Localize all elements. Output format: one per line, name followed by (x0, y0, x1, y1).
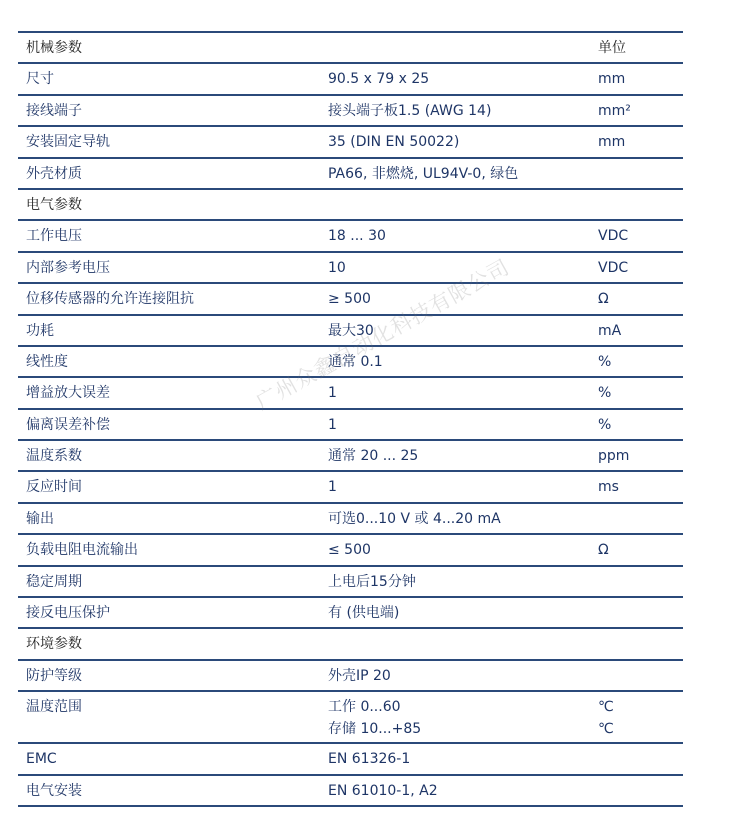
spec-table: 机械参数 单位 尺寸 90.5 x 79 x 25 mm 接线端子 接头端子板1… (18, 31, 683, 807)
table-row: 外壳材质 PA66, 非燃烧, UL94V-0, 绿色 (18, 159, 683, 190)
param-name: 工作电压 (18, 221, 328, 250)
section-title: 机械参数 (18, 33, 328, 62)
param-unit: mA (598, 316, 683, 345)
param-value: ≥ 500 (328, 284, 598, 313)
param-name: 电气安装 (18, 776, 328, 805)
param-value: 外壳IP 20 (328, 661, 598, 690)
table-row: 负载电阻电流输出 ≤ 500 Ω (18, 535, 683, 566)
table-row: 增益放大误差 1 % (18, 378, 683, 409)
param-name: 温度系数 (18, 441, 328, 470)
section-unit (598, 629, 683, 640)
section-value (328, 629, 598, 640)
table-row: 稳定周期 上电后15分钟 (18, 567, 683, 598)
param-value: 90.5 x 79 x 25 (328, 64, 598, 93)
param-unit (598, 598, 683, 609)
table-row: 接反电压保护 有 (供电端) (18, 598, 683, 629)
storage-temp-unit: ℃ (598, 718, 683, 740)
param-value-lines: 工作 0...60 存储 10...+85 (328, 692, 598, 742)
section-value (328, 33, 598, 44)
param-value: ≤ 500 (328, 535, 598, 564)
param-name: 接线端子 (18, 96, 328, 125)
param-value: EN 61010-1, A2 (328, 776, 598, 805)
table-row: 功耗 最大30 mA (18, 316, 683, 347)
table-row: EMC EN 61326-1 (18, 744, 683, 775)
param-name: 接反电压保护 (18, 598, 328, 627)
param-unit (598, 504, 683, 515)
param-value: 有 (供电端) (328, 598, 598, 627)
param-value: 上电后15分钟 (328, 567, 598, 596)
param-unit: VDC (598, 253, 683, 282)
param-value: 10 (328, 253, 598, 282)
param-name: 线性度 (18, 347, 328, 376)
param-unit: ppm (598, 441, 683, 470)
param-unit: % (598, 378, 683, 407)
section-header-environment: 环境参数 (18, 629, 683, 660)
param-unit (598, 567, 683, 578)
param-unit (598, 159, 683, 170)
param-name: 反应时间 (18, 472, 328, 501)
param-name: 位移传感器的允许连接阻抗 (18, 284, 328, 313)
param-name: 增益放大误差 (18, 378, 328, 407)
table-row: 输出 可选0...10 V 或 4...20 mA (18, 504, 683, 535)
table-row: 尺寸 90.5 x 79 x 25 mm (18, 64, 683, 95)
param-value: 最大30 (328, 316, 598, 345)
param-value: 通常 20 ... 25 (328, 441, 598, 470)
param-name: 温度范围 (18, 692, 328, 718)
param-value: EN 61326-1 (328, 744, 598, 773)
param-unit (598, 661, 683, 672)
param-value: 可选0...10 V 或 4...20 mA (328, 504, 598, 533)
table-row: 工作电压 18 ... 30 VDC (18, 221, 683, 252)
param-unit: mm (598, 127, 683, 156)
unit-column-header: 单位 (598, 33, 683, 62)
operating-temp-unit: ℃ (598, 696, 683, 718)
table-row: 位移传感器的允许连接阻抗 ≥ 500 Ω (18, 284, 683, 315)
param-name: 内部参考电压 (18, 253, 328, 282)
param-name: 尺寸 (18, 64, 328, 93)
param-name: 防护等级 (18, 661, 328, 690)
operating-temp-value: 工作 0...60 (328, 696, 598, 718)
param-value: 1 (328, 472, 598, 501)
param-unit: mm (598, 64, 683, 93)
table-row: 电气安装 EN 61010-1, A2 (18, 776, 683, 807)
table-row: 反应时间 1 ms (18, 472, 683, 503)
param-value: PA66, 非燃烧, UL94V-0, 绿色 (328, 159, 598, 188)
table-row: 温度系数 通常 20 ... 25 ppm (18, 441, 683, 472)
table-row: 偏离误差补偿 1 % (18, 410, 683, 441)
param-name: 外壳材质 (18, 159, 328, 188)
param-value: 1 (328, 410, 598, 439)
table-row: 安装固定导轨 35 (DIN EN 50022) mm (18, 127, 683, 158)
section-unit (598, 190, 683, 201)
section-value (328, 190, 598, 201)
section-header-mechanical: 机械参数 单位 (18, 33, 683, 64)
section-title: 环境参数 (18, 629, 328, 658)
table-row: 线性度 通常 0.1 % (18, 347, 683, 378)
param-name: 负载电阻电流输出 (18, 535, 328, 564)
param-unit: VDC (598, 221, 683, 250)
param-unit: % (598, 347, 683, 376)
param-unit: mm² (598, 96, 683, 125)
param-value: 18 ... 30 (328, 221, 598, 250)
param-name: 输出 (18, 504, 328, 533)
param-value: 35 (DIN EN 50022) (328, 127, 598, 156)
table-row: 防护等级 外壳IP 20 (18, 661, 683, 692)
section-header-electrical: 电气参数 (18, 190, 683, 221)
table-row-temperature-range: 温度范围 工作 0...60 存储 10...+85 ℃ ℃ (18, 692, 683, 744)
param-unit: % (598, 410, 683, 439)
param-value: 1 (328, 378, 598, 407)
param-unit (598, 744, 683, 755)
param-name: 偏离误差补偿 (18, 410, 328, 439)
param-unit-lines: ℃ ℃ (598, 692, 683, 742)
param-unit: Ω (598, 284, 683, 313)
storage-temp-value: 存储 10...+85 (328, 718, 598, 740)
param-name: 稳定周期 (18, 567, 328, 596)
param-unit (598, 776, 683, 787)
table-row: 内部参考电压 10 VDC (18, 253, 683, 284)
param-unit: ms (598, 472, 683, 501)
param-value: 通常 0.1 (328, 347, 598, 376)
param-name: 安装固定导轨 (18, 127, 328, 156)
param-name: EMC (18, 744, 328, 773)
param-name: 功耗 (18, 316, 328, 345)
param-unit: Ω (598, 535, 683, 564)
section-title: 电气参数 (18, 190, 328, 219)
table-row: 接线端子 接头端子板1.5 (AWG 14) mm² (18, 96, 683, 127)
param-value: 接头端子板1.5 (AWG 14) (328, 96, 598, 125)
